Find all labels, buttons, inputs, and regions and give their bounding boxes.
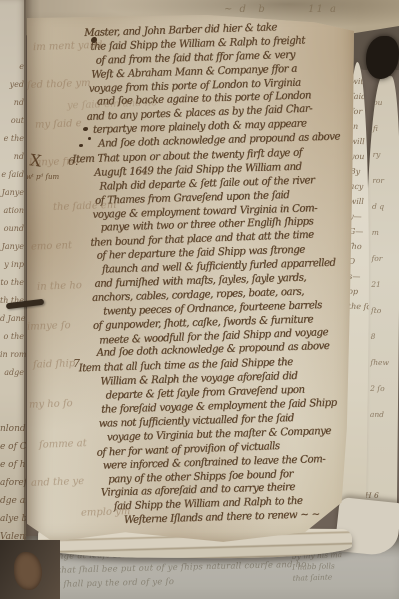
cutoff-word: ation [0,202,26,220]
cutoff-word: adge [0,364,26,382]
cutoff-words-upper: eyedndoute thende ſaidJanyeationoundJany… [0,58,26,382]
edge-word: 2 ſo [370,376,398,402]
bleedthrough-line: my ho ſo [29,398,73,411]
edge-word: y— [349,209,370,224]
edge-word: ou [373,90,399,116]
bleedthrough-line: ſaid ſhip [33,358,76,370]
cutoff-word: Janye [0,184,26,202]
dark-gap-shadow [366,36,399,79]
edge-word: By [350,164,371,179]
cutoff-word: nlond [0,420,26,438]
book-cover-corner [0,540,60,599]
edge-word: ſto [371,298,399,324]
edge-word: ſhew [370,350,398,376]
paragraph-item-7: Item that all ſuch time as the ſaid Ship… [94,355,355,529]
edge-word: m [372,220,399,246]
cutoff-word: o the [0,328,26,346]
edge-word: O [348,254,369,269]
manuscript-text: Master, and John Barber did hier & taket… [84,19,355,529]
margin-note: wᵗ pᵈ ſum [26,173,59,181]
edge-word: in [350,119,371,134]
cutoff-words-lower: nlonde of Cone of hoaforeſadge analye bV… [0,420,26,546]
manuscript-page: im ment yandſed thoſe ymmy ſaid ellanye … [27,15,354,545]
ink-speck [79,144,83,147]
bleedthrough-line: emo ent [31,240,72,252]
edge-word: for [371,246,399,272]
bleedthrough-line: ſed thoſe ym [27,78,91,91]
cutoff-word: ound [0,220,26,238]
cutoff-word: e ſaid [0,166,26,184]
faint-ink-marks: ~ d b 11 a [224,4,338,15]
edge-word: op [348,284,369,299]
edge-word: fi [373,116,399,142]
bleedthrough-line: in the ho [37,280,82,293]
edge-word: G— [349,224,370,239]
paragraph-charterparty: Master, and John Barber did hier & taket… [84,19,344,152]
edge-word: 21 [371,272,399,298]
edge-word: d q [372,194,399,220]
cutoff-word: e of Con [0,438,26,456]
edge-word: ſaid [351,89,372,104]
bleedthrough-line: my ſaid e [35,118,82,131]
cutoff-word: in rom [0,346,26,364]
cutoff-word: e of ho [0,456,26,474]
edge-word: ſho [349,239,370,254]
cutoff-word: Janye [0,238,26,256]
cutoff-word: y inp [0,256,26,274]
bleedthrough-line: ſomme at [39,438,87,451]
leather-edge [14,552,42,590]
edge-word: ror [372,168,399,194]
cutoff-word: nd [0,94,26,112]
edge-word: for [351,104,372,119]
cutoff-word: d Jane [0,310,26,328]
cutoff-word: alye b [0,510,26,528]
cutoff-word: yed [0,76,26,94]
cutoff-word: e [0,58,26,76]
edge-word: 8 [371,324,399,350]
cutoff-word: nd [0,148,26,166]
edge-word: and [370,402,398,428]
edge-word: s— [348,269,369,284]
cutoff-word: e the [0,130,26,148]
edge-word: you [350,149,371,164]
edge-word: ry [372,142,399,168]
edge-word: acy [349,179,370,194]
cutoff-word: dge an [0,492,26,510]
cutoff-word: aforeſa [0,474,26,492]
edge-word: will [349,194,370,209]
paragraph-item-6: Item That upon or about the twenty firſt… [88,145,350,361]
manuscript-photo: followinge at leaſt certaine rondThat is… [0,0,399,599]
cutoff-word: out [0,112,26,130]
cutoff-word: to the [0,274,26,292]
edge-word: with [351,74,372,89]
bleedthrough-line: and the ye [31,476,84,489]
edge-word: will [350,134,371,149]
edge-word: the ſd [348,299,369,314]
bleedthrough-line: imnye ſo [27,320,71,333]
facing-page-strip: eyedndoute thende ſaidJanyeationoundJany… [0,0,26,560]
